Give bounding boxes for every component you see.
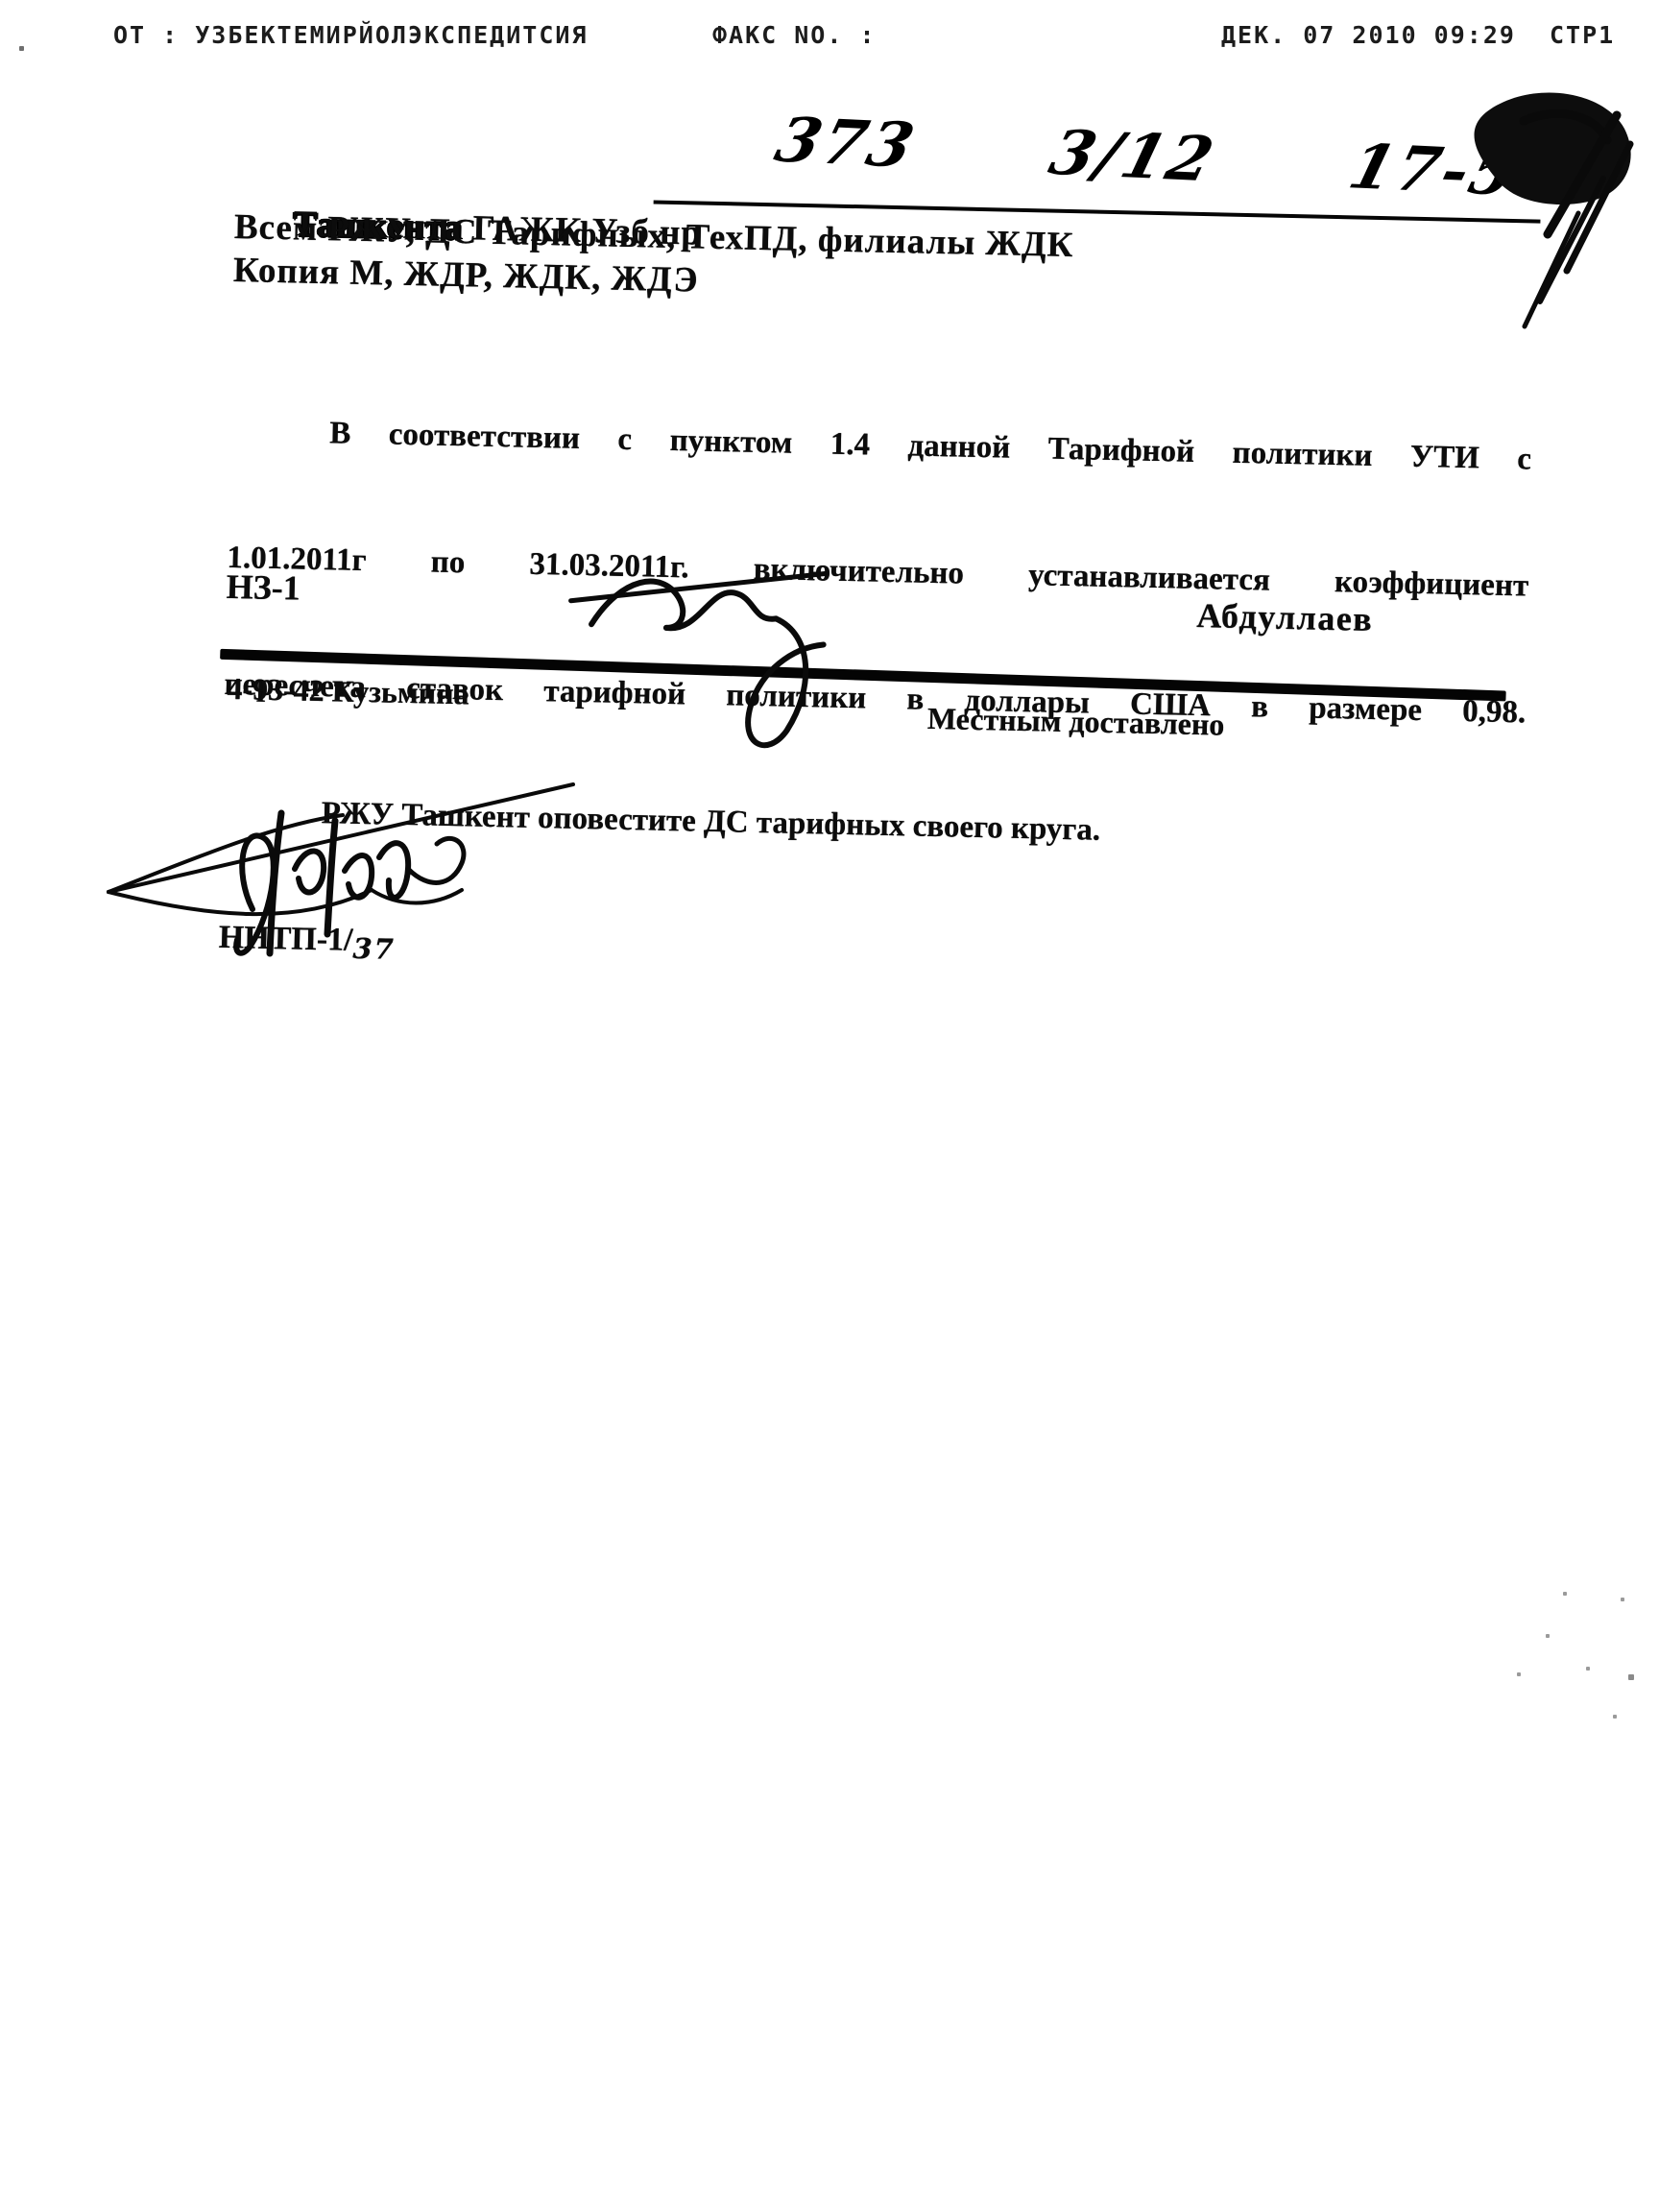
scan-speck [19, 46, 24, 51]
letter-body: Ташкента ГАЖК Узб нр 373 3/12 17-58 Всем… [0, 0, 1659, 1231]
contact-line: 4-93-42 Кузьмина [227, 671, 469, 711]
scan-speck [1628, 1674, 1634, 1680]
addressee-line-3: Копия М, ЖДР, ЖДК, ЖДЭ [233, 250, 700, 301]
scan-speck [1586, 1667, 1590, 1671]
ink-blot [1432, 83, 1653, 361]
scan-speck [1621, 1598, 1624, 1601]
signer-name: Абдуллаев [1196, 595, 1374, 639]
body-line-1: В соответствии с пунктом 1.4 данной Тари… [229, 410, 1532, 481]
scan-speck [1546, 1634, 1550, 1638]
signature-flourish [91, 763, 610, 1003]
signature-scribble [562, 536, 931, 774]
fax-document-page: ОТ : УЗБЕКТЕМИРЙОЛЭКСПЕДИТСИЯ ФАКС NO. :… [0, 0, 1659, 2212]
scan-speck [1613, 1715, 1617, 1719]
scan-speck [1517, 1672, 1521, 1676]
signer-code: НЗ-1 [226, 566, 301, 609]
delivery-note: Местным доставлено [927, 701, 1225, 743]
scan-speck [1563, 1592, 1567, 1596]
